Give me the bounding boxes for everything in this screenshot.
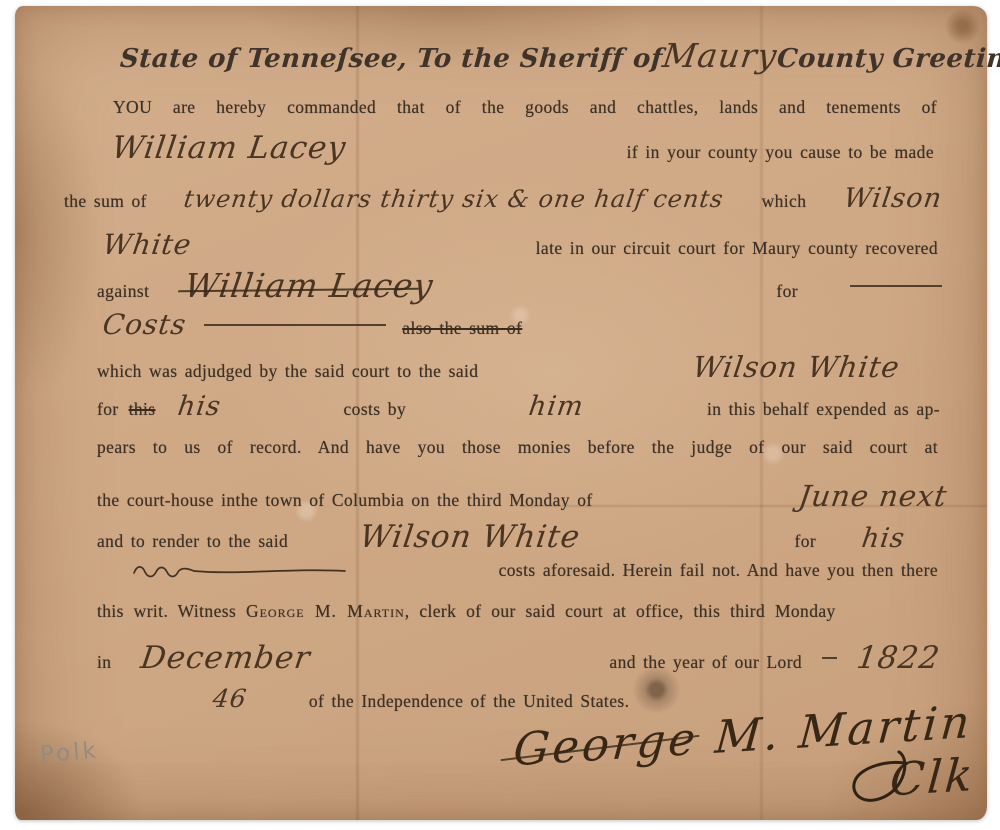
printed-text: the court-house inthe town of Columbia o…: [97, 490, 593, 511]
ink-dash: [850, 285, 942, 287]
body-line-commanded: YOU are hereby commanded that of the goo…: [113, 97, 937, 118]
body-line-costs-by: for this his costs by him in this behalf…: [97, 391, 940, 422]
body-line-defendant-name: William Lacey if in your county you caus…: [112, 130, 934, 166]
body-line-date: in December and the year of our Lord 182…: [97, 640, 940, 676]
body-line-record: pears to us of record. And have you thos…: [97, 437, 938, 458]
printed-text: and to render to the said: [97, 531, 288, 552]
printed-text: the sum of: [64, 191, 147, 212]
independence-year-handwritten: 46: [211, 684, 249, 713]
printed-text: costs by: [344, 399, 407, 420]
printed-text: for: [795, 531, 817, 552]
header-printed-suffix: County Greeting:: [776, 44, 1000, 74]
printed-text: for: [776, 281, 798, 302]
county-name-handwritten: Maury: [660, 36, 780, 75]
printed-text: which: [762, 191, 807, 212]
return-month-handwritten: June next: [796, 479, 949, 513]
for-this-his-group: for this his: [97, 391, 220, 422]
printed-text: for: [97, 399, 119, 419]
printed-text: which was adjudged by the said court to …: [97, 361, 478, 382]
printed-text: against: [97, 281, 149, 302]
printed-text-struck: also the sum of: [402, 318, 522, 339]
printed-text: pears to us of record. And have you thos…: [97, 437, 938, 458]
printed-text: YOU are hereby commanded that of the goo…: [113, 97, 937, 118]
year-handwritten: 1822: [855, 640, 943, 676]
printed-text: of the Independence of the United States…: [309, 691, 630, 712]
defendant-name-handwritten-struck: William Lacey: [183, 266, 437, 305]
him-handwritten: him: [527, 391, 586, 422]
printed-text: if in your county you cause to be made: [627, 142, 934, 163]
printed-text: , clerk of our said court at office, thi…: [405, 601, 836, 621]
plaintiff-first-name-handwritten: Wilson: [842, 183, 944, 214]
plaintiff-fullname-handwritten: Wilson White: [358, 519, 583, 555]
printed-text: in this behalf expended as ap-: [707, 399, 940, 420]
body-line-witness: this writ. Witness George M. Martin, cle…: [97, 601, 940, 622]
printed-text: and the year of our Lord: [609, 652, 802, 673]
his-handwritten: his: [175, 391, 222, 422]
plaintiff-surname-handwritten: White: [101, 228, 194, 261]
body-line-render: and to render to the said Wilson White f…: [97, 519, 905, 555]
his-handwritten: his: [860, 523, 907, 554]
body-line-courthouse: the court-house inthe town of Columbia o…: [97, 479, 947, 513]
sum-amount-handwritten: twenty dollars thirty six & one half cen…: [182, 185, 725, 213]
body-line-independence: 46 of the Independence of the United Sta…: [213, 684, 629, 713]
costs-handwritten: Costs: [101, 308, 189, 341]
month-handwritten: December: [139, 640, 313, 676]
body-line-plaintiff-surname: White late in our circuit court for Maur…: [103, 228, 938, 261]
document-header-line: State of Tenneſsee, To the Sheriff of Ma…: [120, 36, 934, 75]
ink-squiggle: [132, 562, 347, 580]
printed-text: costs aforesaid. Herein fail not. And ha…: [499, 560, 938, 581]
body-line-sum: the sum of twenty dollars thirty six & o…: [64, 183, 942, 214]
printed-text: this writ. Witness: [97, 601, 246, 621]
scanned-document-page: State of Tenneſsee, To the Sheriff of Ma…: [0, 0, 1000, 830]
body-line-against: against William Lacey for: [97, 266, 942, 305]
clerk-name-smallcaps: George M. Martin: [246, 601, 405, 621]
ink-dash: [204, 324, 386, 326]
body-line-adjudged: which was adjudged by the said court to …: [97, 350, 900, 384]
body-line-aforesaid: costs aforesaid. Herein fail not. And ha…: [132, 560, 938, 581]
defendant-name-handwritten: William Lacey: [109, 130, 348, 166]
printed-text: late in our circuit court for Maury coun…: [536, 238, 938, 259]
printed-text: in: [97, 652, 111, 673]
header-printed-prefix: State of Tenneſsee, To the Sheriff of: [119, 44, 664, 74]
pencil-annotation: Polk: [39, 737, 100, 768]
ink-dash: [822, 657, 837, 659]
plaintiff-fullname-handwritten: Wilson White: [691, 350, 902, 384]
printed-text-struck: this: [129, 399, 156, 419]
body-line-costs: Costs also the sum of: [103, 308, 522, 341]
